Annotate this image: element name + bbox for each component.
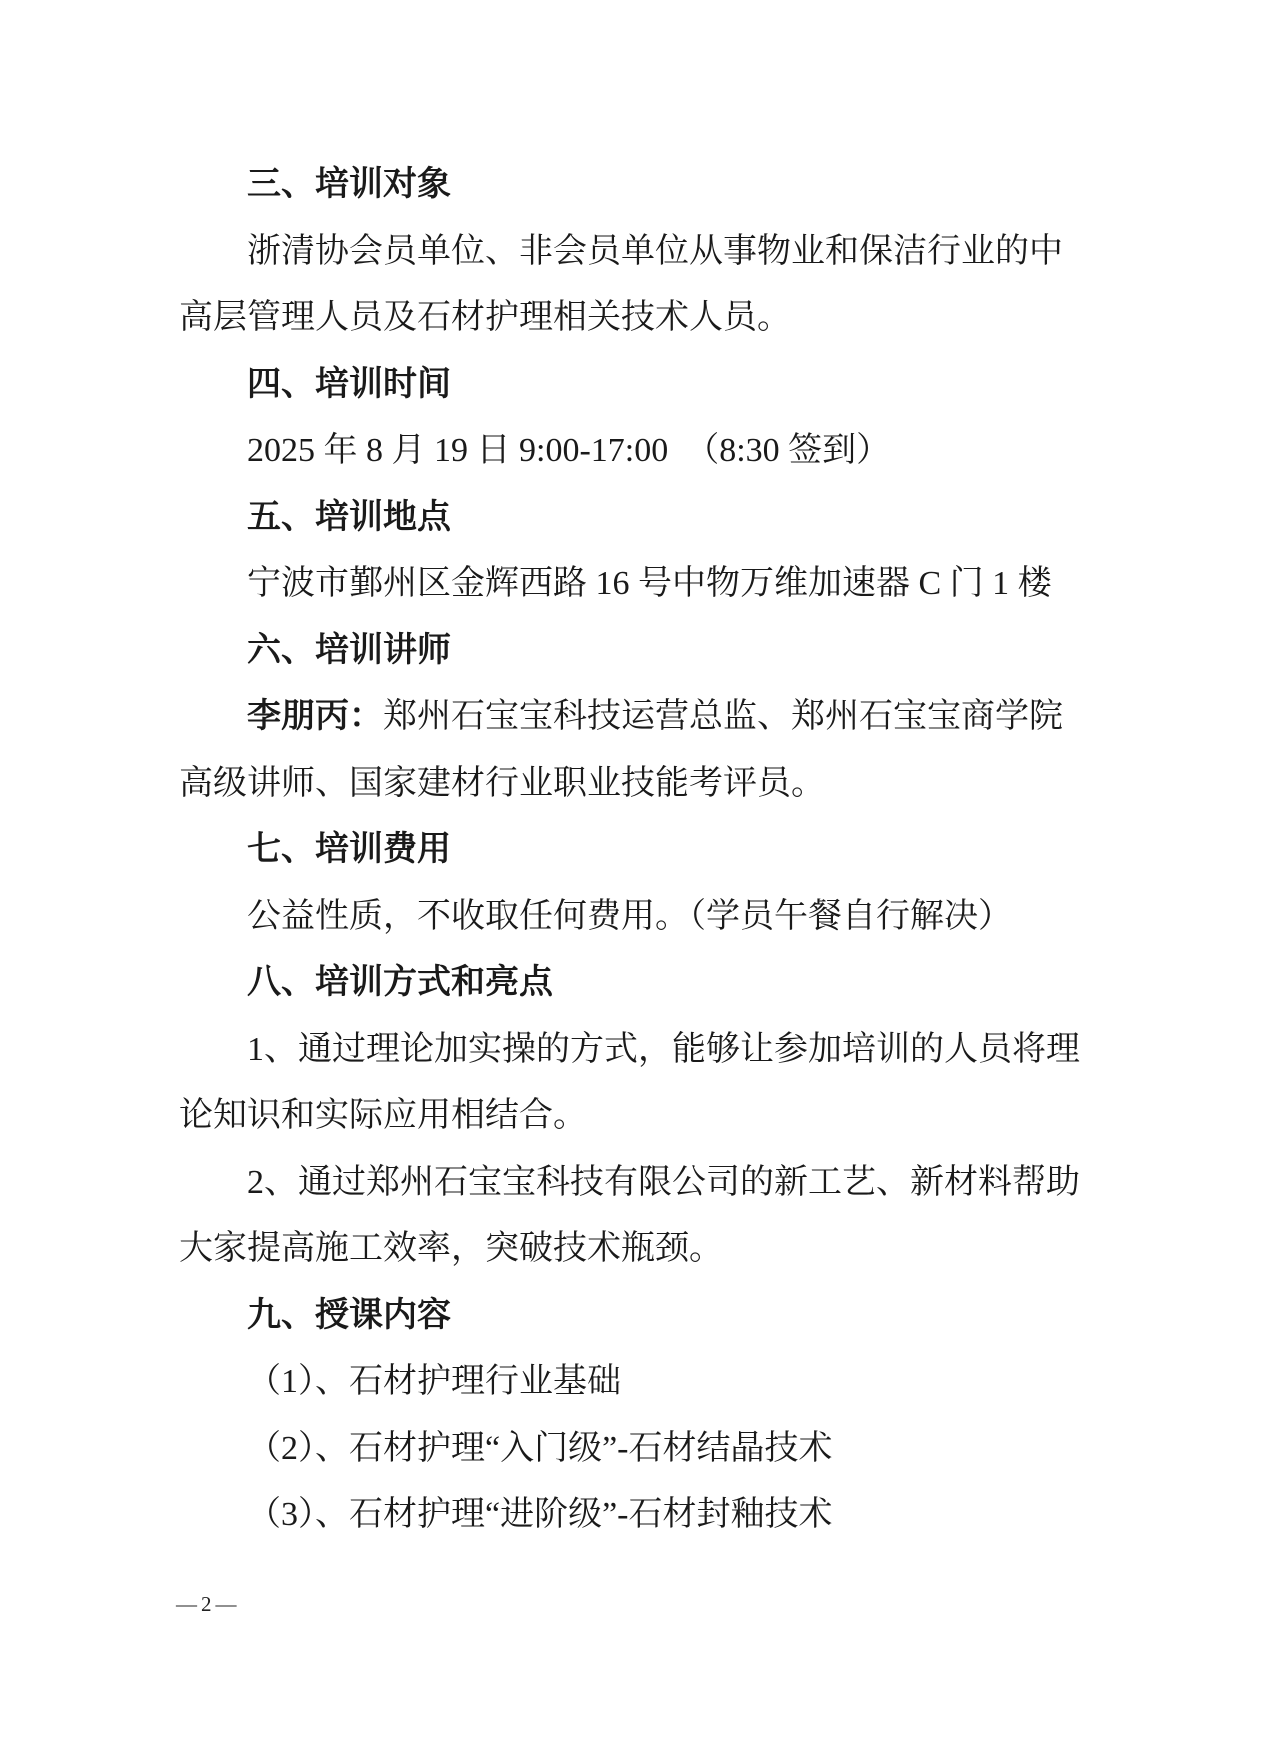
paragraph-line-training-location: 宁波市鄞州区金辉西路 16 号中物万维加速器 C 门 1 楼 — [179, 551, 1079, 618]
course-item-1: （1）、石材护理行业基础 — [179, 1349, 1079, 1416]
course-item-3: （3）、石材护理“进阶级”-石材封釉技术 — [179, 1482, 1079, 1549]
paragraph-line: 2、通过郑州石宝宝科技有限公司的新工艺、新材料帮助 — [179, 1150, 1079, 1217]
paragraph-line-training-time: 2025 年 8 月 19 日 9:00-17:00 （8:30 签到） — [179, 418, 1079, 485]
lecturer-title: 郑州石宝宝科技运营总监、郑州石宝宝商学院 — [383, 698, 1063, 735]
heading-training-audience: 三、培训对象 — [179, 152, 1079, 219]
heading-training-methods: 八、培训方式和亮点 — [179, 950, 1079, 1017]
paragraph-line: 大家提高施工效率，突破技术瓶颈。 — [179, 1216, 1079, 1283]
heading-training-lecturer: 六、培训讲师 — [179, 618, 1079, 685]
document-body: 三、培训对象 浙清协会员单位、非会员单位从事物业和保洁行业的中 高层管理人员及石… — [179, 152, 1079, 1549]
paragraph-line: 浙清协会员单位、非会员单位从事物业和保洁行业的中 — [179, 219, 1079, 286]
paragraph-line-lecturer: 李朋丙：郑州石宝宝科技运营总监、郑州石宝宝商学院 — [179, 684, 1079, 751]
paragraph-line: 论知识和实际应用相结合。 — [179, 1083, 1079, 1150]
lecturer-name: 李朋丙： — [247, 698, 383, 735]
heading-training-fee: 七、培训费用 — [179, 817, 1079, 884]
document-page: 三、培训对象 浙清协会员单位、非会员单位从事物业和保洁行业的中 高层管理人员及石… — [0, 0, 1280, 1752]
page-number: —2— — [176, 1592, 241, 1617]
paragraph-line: 1、通过理论加实操的方式，能够让参加培训的人员将理 — [179, 1017, 1079, 1084]
heading-training-time: 四、培训时间 — [179, 352, 1079, 419]
paragraph-line: 高层管理人员及石材护理相关技术人员。 — [179, 285, 1079, 352]
course-item-2: （2）、石材护理“入门级”-石材结晶技术 — [179, 1416, 1079, 1483]
heading-training-location: 五、培训地点 — [179, 485, 1079, 552]
paragraph-line-training-fee: 公益性质，不收取任何费用。（学员午餐自行解决） — [179, 884, 1079, 951]
paragraph-line: 高级讲师、国家建材行业职业技能考评员。 — [179, 751, 1079, 818]
heading-course-content: 九、授课内容 — [179, 1283, 1079, 1350]
